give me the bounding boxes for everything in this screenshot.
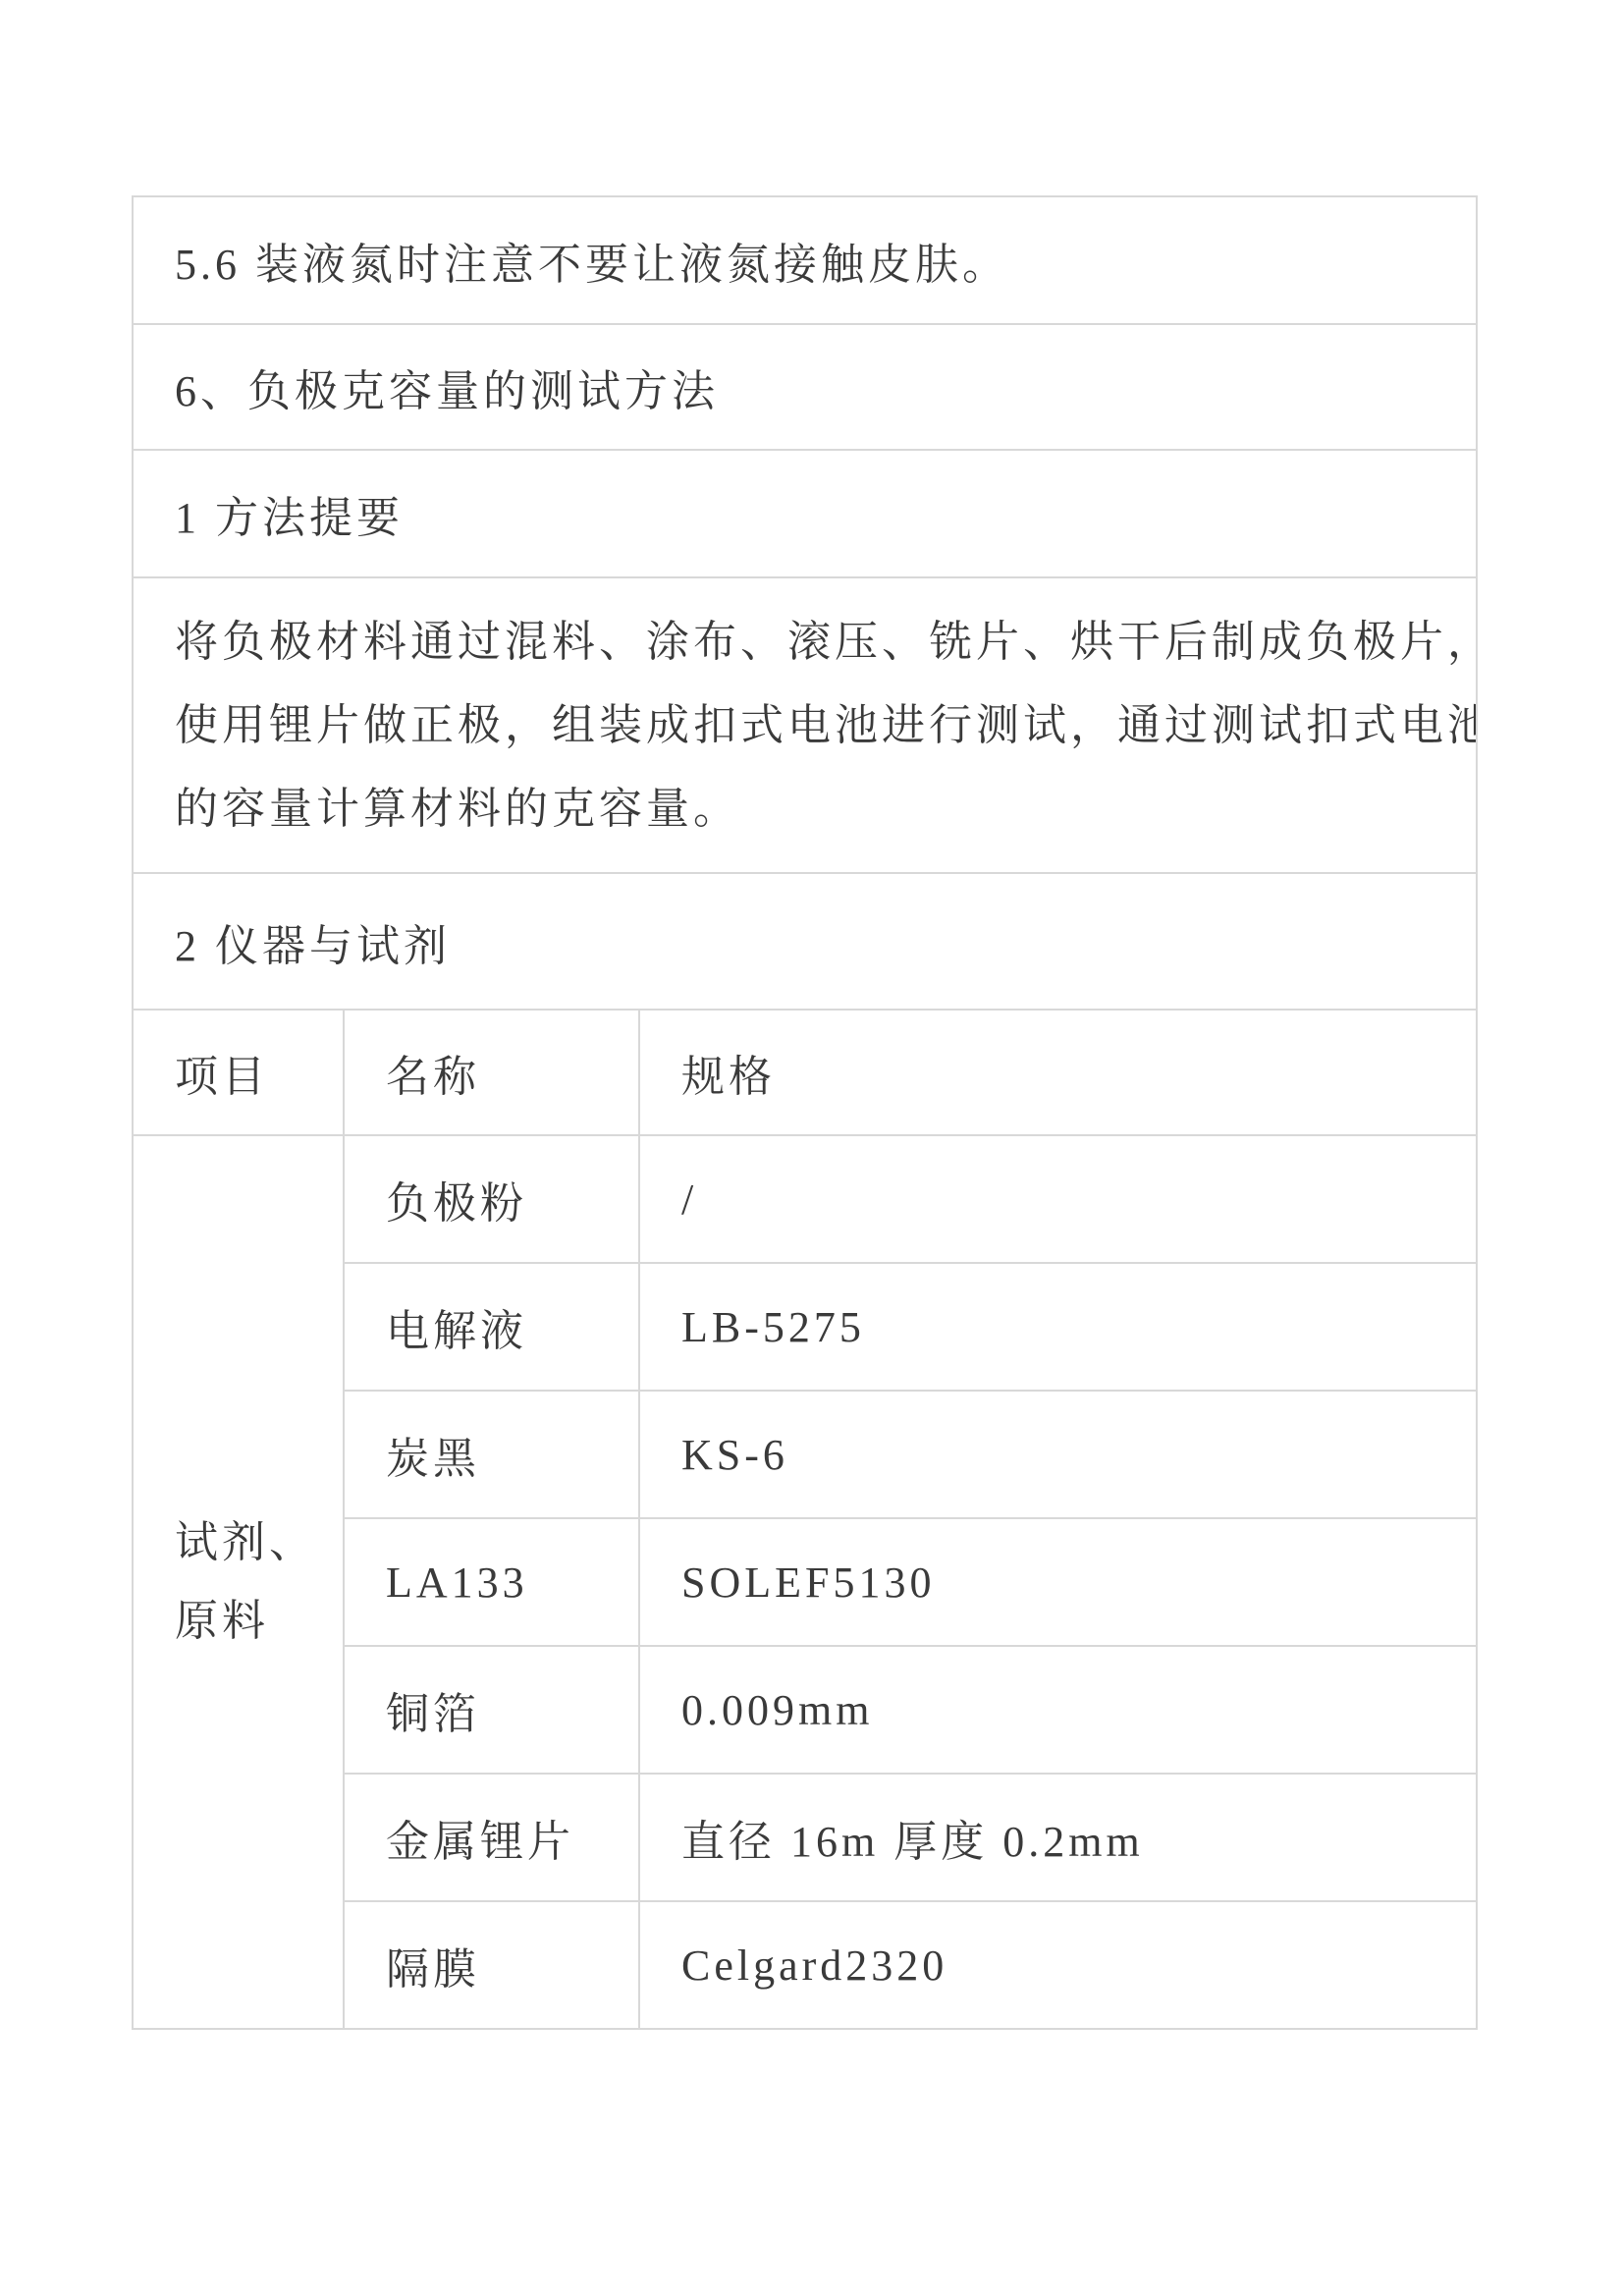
table-header-row: 项目 名称 规格 [133, 1010, 1477, 1135]
cell-item-name: 金属锂片 [344, 1774, 639, 1901]
cell-item-name: 负极粉 [344, 1135, 639, 1263]
cell-item-name: 隔膜 [344, 1901, 639, 2029]
cell-item-name: LA133 [344, 1518, 639, 1646]
cell-item-spec: SOLEF5130 [639, 1518, 1477, 1646]
instruments-heading-text: 2 仪器与试剂 [133, 873, 1477, 1010]
section-row-method-heading: 1 方法提要 [133, 450, 1477, 577]
header-cell-item: 项目 [133, 1010, 344, 1135]
cell-item-spec: 直径 16m 厚度 0.2mm [639, 1774, 1477, 1901]
section-row-instruments-heading: 2 仪器与试剂 [133, 873, 1477, 1010]
document-page: { "page": { "background": "#ffffff", "te… [0, 0, 1623, 2296]
cell-item-name: 铜箔 [344, 1646, 639, 1774]
header-cell-spec: 规格 [639, 1010, 1477, 1135]
section-row-chapter-title: 6、负极克容量的测试方法 [133, 324, 1477, 450]
cell-item-name: 电解液 [344, 1263, 639, 1391]
cell-item-spec: LB-5275 [639, 1263, 1477, 1391]
cell-item-spec: KS-6 [639, 1391, 1477, 1518]
safety-note-text: 5.6 装液氮时注意不要让液氮接触皮肤。 [133, 196, 1477, 324]
method-paragraph-text: 将负极材料通过混料、涂布、滚压、铣片、烘干后制成负极片， 使用锂片做正极，组装成… [133, 577, 1477, 873]
section-row-safety-note: 5.6 装液氮时注意不要让液氮接触皮肤。 [133, 196, 1477, 324]
cell-item-spec: Celgard2320 [639, 1901, 1477, 2029]
cell-category: 试剂、 原料 [133, 1135, 344, 2029]
cell-item-spec: 0.009mm [639, 1646, 1477, 1774]
header-cell-name: 名称 [344, 1010, 639, 1135]
table-row: 试剂、 原料 负极粉 / [133, 1135, 1477, 1263]
cell-item-spec: / [639, 1135, 1477, 1263]
content-table: 5.6 装液氮时注意不要让液氮接触皮肤。 6、负极克容量的测试方法 1 方法提要… [132, 195, 1478, 2030]
chapter-title-text: 6、负极克容量的测试方法 [133, 324, 1477, 450]
method-heading-text: 1 方法提要 [133, 450, 1477, 577]
section-row-method-paragraph: 将负极材料通过混料、涂布、滚压、铣片、烘干后制成负极片， 使用锂片做正极，组装成… [133, 577, 1477, 873]
cell-item-name: 炭黑 [344, 1391, 639, 1518]
